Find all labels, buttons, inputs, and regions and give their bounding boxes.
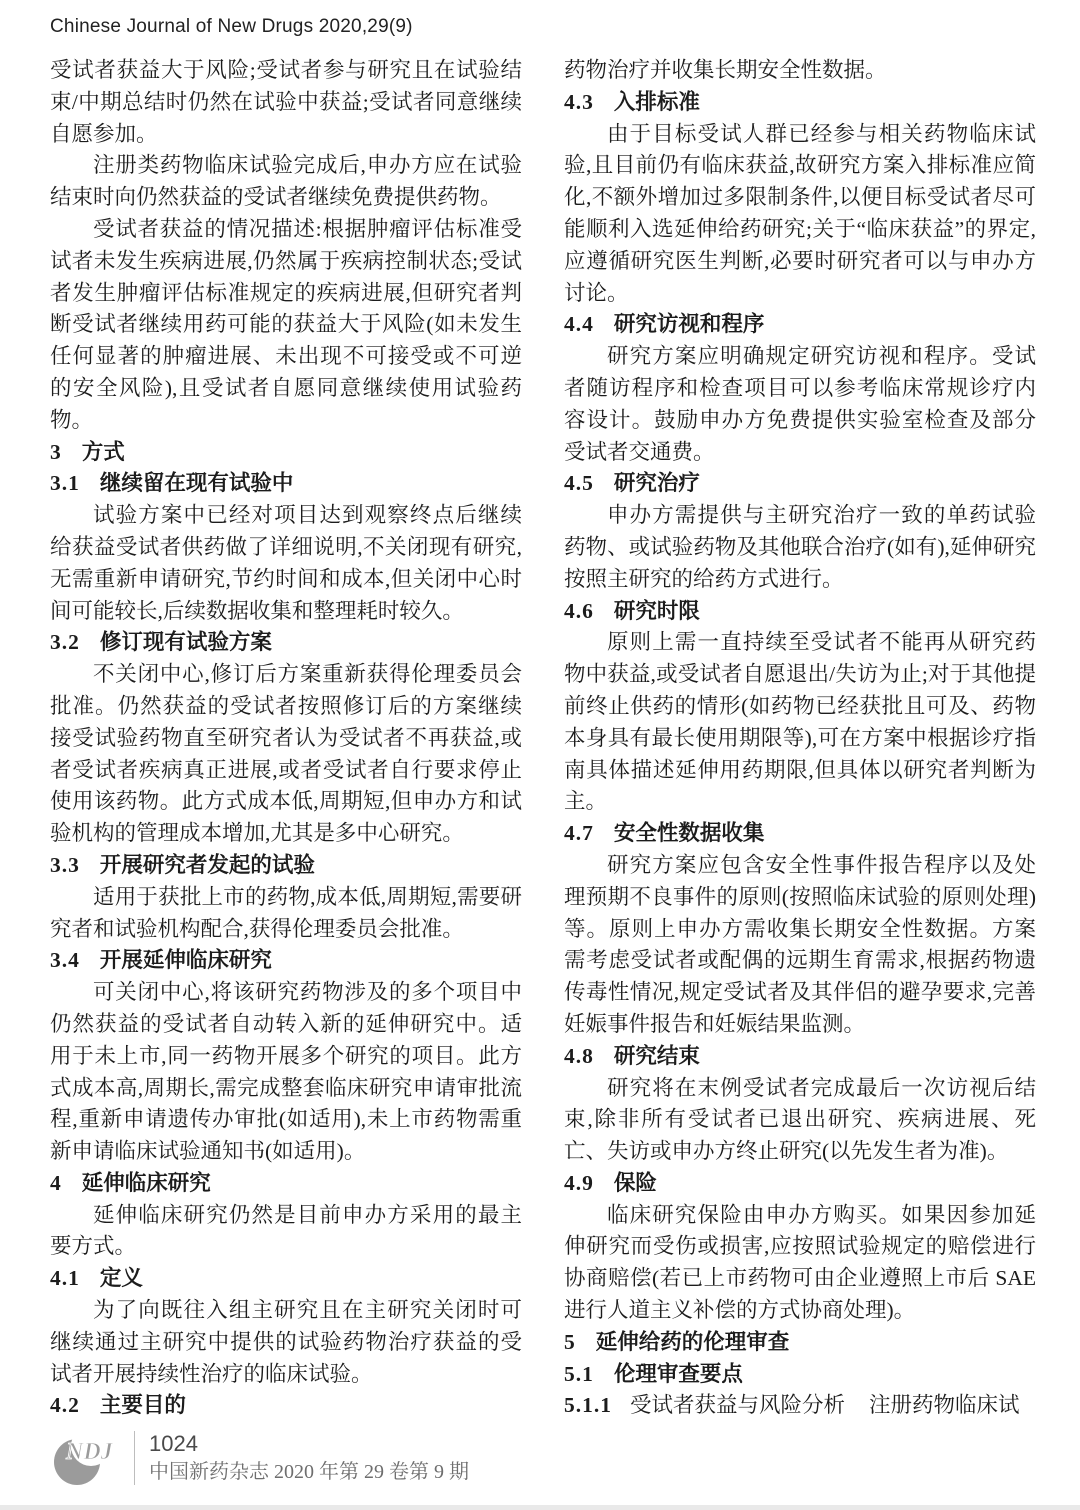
heading-3: 3方式 <box>50 437 522 469</box>
heading-number: 5.1 <box>564 1362 594 1386</box>
heading-number: 3.2 <box>50 630 80 654</box>
paragraph: 申办方需提供与主研究治疗一致的单药试验药物、或试验药物及其他联合治疗(如有),延… <box>564 500 1036 595</box>
heading-3-2: 3.2修订现有试验方案 <box>50 627 522 659</box>
heading-label: 开展研究者发起的试验 <box>100 853 315 877</box>
heading-3-4: 3.4开展延伸临床研究 <box>50 945 522 977</box>
paragraph: 延伸临床研究仍然是目前申办方采用的最主要方式。 <box>50 1200 522 1264</box>
heading-label: 伦理审查要点 <box>614 1362 743 1386</box>
paragraph: 可关闭中心,将该研究药物涉及的多个项目中仍然获益的受试者自动转入新的延伸研究中。… <box>50 977 522 1168</box>
heading-label: 延伸给药的伦理审查 <box>596 1330 790 1354</box>
heading-label: 保险 <box>614 1171 657 1195</box>
heading-label: 安全性数据收集 <box>614 821 765 845</box>
heading-number: 3.3 <box>50 853 80 877</box>
paragraph: 试验方案中已经对项目达到观察终点后继续给获益受试者供药做了详细说明,不关闭现有研… <box>50 500 522 627</box>
heading-number: 4.9 <box>564 1171 594 1195</box>
journal-title-cn: 中国新药杂志 2020 年第 29 卷第 9 期 <box>149 1459 469 1485</box>
paragraph: 适用于获批上市的药物,成本低,周期短,需要研究者和试验机构配合,获得伦理委员会批… <box>50 882 522 946</box>
heading-3-1: 3.1继续留在现有试验中 <box>50 468 522 500</box>
paragraph: 为了向既往入组主研究且在主研究关闭时可继续通过主研究中提供的试验药物治疗获益的受… <box>50 1295 522 1390</box>
heading-4-6: 4.6研究时限 <box>564 596 1036 628</box>
heading-number: 4.4 <box>564 312 594 336</box>
heading-label: 开展延伸临床研究 <box>100 948 272 972</box>
heading-4-7: 4.7安全性数据收集 <box>564 818 1036 850</box>
heading-label: 延伸临床研究 <box>82 1171 211 1195</box>
paragraph: 研究方案应包含安全性事件报告程序以及处理预期不良事件的原则(按照临床试验的原则处… <box>564 850 1036 1041</box>
article-body: 受试者获益大于风险;受试者参与研究且在试验结束/中期总结时仍然在试验中获益;受试… <box>50 55 1040 1419</box>
paragraph: 研究方案应明确规定研究访视和程序。受试者随访程序和检查项目可以参考临床常规诊疗内… <box>564 341 1036 468</box>
heading-number: 3 <box>50 440 62 464</box>
heading-4: 4延伸临床研究 <box>50 1168 522 1200</box>
heading-number: 4.7 <box>564 821 594 845</box>
heading-number: 4.6 <box>564 599 594 623</box>
heading-4-1: 4.1定义 <box>50 1263 522 1295</box>
heading-number: 3.1 <box>50 471 80 495</box>
heading-number: 4.2 <box>50 1393 80 1417</box>
heading-number: 5 <box>564 1330 576 1354</box>
heading-label: 入排标准 <box>614 90 700 114</box>
heading-label: 方式 <box>82 440 125 464</box>
heading-number: 4.8 <box>564 1044 594 1068</box>
page-number: 1024 <box>149 1431 469 1457</box>
heading-label: 主要目的 <box>100 1393 186 1417</box>
journal-title-en: Chinese Journal of New Drugs 2020,29(9) <box>50 16 1040 38</box>
paragraph: 注册类药物临床试验完成后,申办方应在试验结束时向仍然获益的受试者继续免费提供药物… <box>50 150 522 214</box>
heading-label: 继续留在现有试验中 <box>100 471 294 495</box>
heading-4-2: 4.2主要目的 <box>50 1390 522 1418</box>
heading-label: 修订现有试验方案 <box>100 630 272 654</box>
footer-text: 1024 中国新药杂志 2020 年第 29 卷第 9 期 <box>149 1431 469 1485</box>
right-column: 药物治疗并收集长期安全性数据。 4.3入排标准 由于目标受试人群已经参与相关药物… <box>564 55 1036 1419</box>
page-footer: NDJ 1024 中国新药杂志 2020 年第 29 卷第 9 期 <box>50 1419 1040 1510</box>
heading-label: 定义 <box>100 1266 143 1290</box>
heading-3-3: 3.3开展研究者发起的试验 <box>50 850 522 882</box>
heading-number: 4 <box>50 1171 62 1195</box>
paragraph: 研究将在末例受试者完成最后一次访视后结束,除非所有受试者已退出研究、疾病进展、死… <box>564 1073 1036 1168</box>
heading-number: 4.1 <box>50 1266 80 1290</box>
heading-5-1-1: 5.1.1受试者获益与风险分析注册药物临床试 <box>564 1390 1036 1418</box>
heading-5: 5延伸给药的伦理审查 <box>564 1327 1036 1359</box>
heading-4-5: 4.5研究治疗 <box>564 468 1036 500</box>
paragraph: 受试者获益的情况描述:根据肿瘤评估标准受试者未发生疾病进展,仍然属于疾病控制状态… <box>50 214 522 437</box>
heading-4-8: 4.8研究结束 <box>564 1041 1036 1073</box>
heading-label: 研究治疗 <box>614 471 700 495</box>
heading-4-9: 4.9保险 <box>564 1168 1036 1200</box>
footer-divider <box>134 1431 135 1485</box>
heading-number: 4.3 <box>564 90 594 114</box>
heading-4-4: 4.4研究访视和程序 <box>564 309 1036 341</box>
heading-number: 3.4 <box>50 948 80 972</box>
paragraph: 由于目标受试人群已经参与相关药物临床试验,且目前仍有临床获益,故研究方案入排标准… <box>564 119 1036 310</box>
paragraph: 临床研究保险由申办方购买。如果因参加延伸研究而受伤或损害,应按照试验规定的赔偿进… <box>564 1200 1036 1327</box>
journal-logo-icon: NDJ <box>50 1429 120 1487</box>
heading-number: 4.5 <box>564 471 594 495</box>
heading-label: 研究时限 <box>614 599 700 623</box>
paragraph: 不关闭中心,修订后方案重新获得伦理委员会批准。仍然获益的受试者按照修订后的方案继… <box>50 659 522 850</box>
journal-logo-text: NDJ <box>65 1439 114 1465</box>
paragraph: 受试者获益大于风险;受试者参与研究且在试验结束/中期总结时仍然在试验中获益;受试… <box>50 55 522 150</box>
heading-number: 5.1.1 <box>564 1393 612 1417</box>
heading-4-3: 4.3入排标准 <box>564 87 1036 119</box>
heading-label: 受试者获益与风险分析 <box>630 1393 845 1417</box>
heading-5-1: 5.1伦理审查要点 <box>564 1359 1036 1391</box>
left-column: 受试者获益大于风险;受试者参与研究且在试验结束/中期总结时仍然在试验中获益;受试… <box>50 55 522 1419</box>
paragraph: 原则上需一直持续至受试者不能再从研究药物中获益,或受试者自愿退出/失访为止;对于… <box>564 627 1036 818</box>
journal-page: Chinese Journal of New Drugs 2020,29(9) … <box>0 0 1080 1510</box>
heading-label: 研究结束 <box>614 1044 700 1068</box>
paragraph: 药物治疗并收集长期安全性数据。 <box>564 55 1036 87</box>
heading-label: 研究访视和程序 <box>614 312 765 336</box>
runin-text: 注册药物临床试 <box>869 1393 1020 1417</box>
